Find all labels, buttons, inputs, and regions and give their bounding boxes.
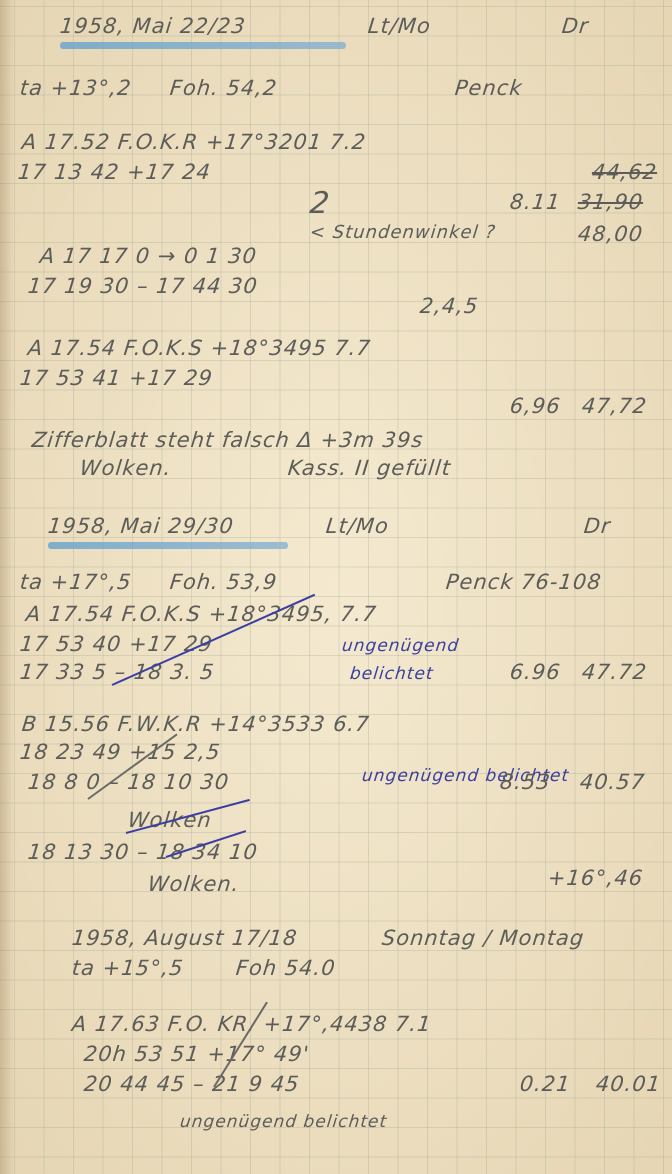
entry2-date: 1958, Mai 29/30 — [47, 514, 235, 538]
entry3-line-2: 20h 53 51 +17° 49' — [83, 1042, 311, 1066]
entry1-value-1: 8.11 — [509, 190, 562, 214]
entry2-note: Penck 76-108 — [445, 570, 603, 594]
entry1-line-8: A 17.54 F.O.K.S +18°3495 7.7 — [27, 336, 373, 360]
entry3-days: Sonntag / Montag — [381, 926, 586, 950]
entry2-blue-note-1a: ungenügend — [341, 636, 460, 656]
entry2-value-a2: 47.72 — [581, 660, 649, 684]
entry1-mark: Dr — [561, 14, 590, 38]
entry1-line-6: 17 19 30 – 17 44 30 — [27, 274, 259, 298]
entry1-line-9: 17 53 41 +17 29 — [19, 366, 214, 390]
entry1-remark-3: Kass. II gefüllt — [287, 456, 453, 480]
entry2-line-8: 18 13 30 – 18 34 10 — [27, 840, 259, 864]
entry3-value-2: 40.01 — [595, 1072, 663, 1096]
entry3-foh: Foh 54.0 — [235, 956, 337, 980]
entry2-value-a1: 6.96 — [509, 660, 562, 684]
entry1-value-3: 6,96 — [509, 394, 562, 418]
entry2-observers: Lt/Mo — [325, 514, 391, 538]
entry2-date-underline — [48, 542, 288, 549]
entry1-value-2: 48,00 — [577, 222, 645, 246]
entry3-ta: ta +15°,5 — [71, 956, 185, 980]
entry2-line-1: A 17.54 F.O.K.S +18°3495, 7.7 — [25, 602, 378, 626]
entry2-line-4: B 15.56 F.W.K.R +14°3533 6.7 — [21, 712, 371, 736]
entry2-line-6: 18 8 0 – 18 10 30 — [27, 770, 231, 794]
entry2-blue-note-1: belichtet — [349, 664, 435, 684]
entry2-value-b2: 40.57 — [579, 770, 647, 794]
entry1-line-2: 17 13 42 +17 24 — [17, 160, 212, 184]
notebook-page: 1958, Mai 22/23 Lt/Mo Dr ta +13°,2 Foh. … — [0, 0, 672, 1174]
entry1-line-7: 2,4,5 — [419, 294, 480, 318]
entry1-remark-1: Zifferblatt steht falsch Δ +3m 39s — [31, 428, 425, 452]
entry3-remark: ungenügend belichtet — [179, 1112, 388, 1132]
entry2-line-5: 18 23 49 +15 2,5 — [19, 740, 222, 764]
entry1-date-underline — [60, 42, 346, 49]
entry1-struck-value-2: 31,90 — [577, 190, 645, 214]
entry1-value-4: 47,72 — [581, 394, 649, 418]
entry1-ta: ta +13°,2 — [19, 76, 133, 100]
entry1-date: 1958, Mai 22/23 — [59, 14, 247, 38]
entry1-note: Penck — [454, 76, 524, 100]
entry1-line-4: < Stundenwinkel ? — [309, 222, 497, 243]
entry1-line-1: A 17.52 F.O.K.R +17°3201 7.2 — [21, 130, 368, 154]
entry2-ta: ta +17°,5 — [19, 570, 133, 594]
entry1-observers: Lt/Mo — [367, 14, 433, 38]
entry2-value-b1: 8.53 — [499, 770, 552, 794]
entry2-line-9: Wolken. — [147, 872, 241, 896]
entry2-foh: Foh. 53,9 — [169, 570, 279, 594]
entry1-struck-value-1: 44,62 — [591, 160, 659, 184]
entry2-value-c1: +16°,46 — [547, 866, 645, 890]
entry2-mark: Dr — [583, 514, 612, 538]
entry1-line-5: A 17 17 0 → 0 1 30 — [39, 244, 258, 268]
entry3-date: 1958, August 17/18 — [71, 926, 299, 950]
entry1-remark-2: Wolken. — [79, 456, 173, 480]
entry1-line-3: 2 — [308, 186, 332, 221]
entry3-value-1: 0.21 — [519, 1072, 572, 1096]
entry3-line-3: 20 44 45 – 21 9 45 — [83, 1072, 301, 1096]
page-edge-shadow — [0, 0, 14, 1174]
entry1-foh: Foh. 54,2 — [169, 76, 279, 100]
